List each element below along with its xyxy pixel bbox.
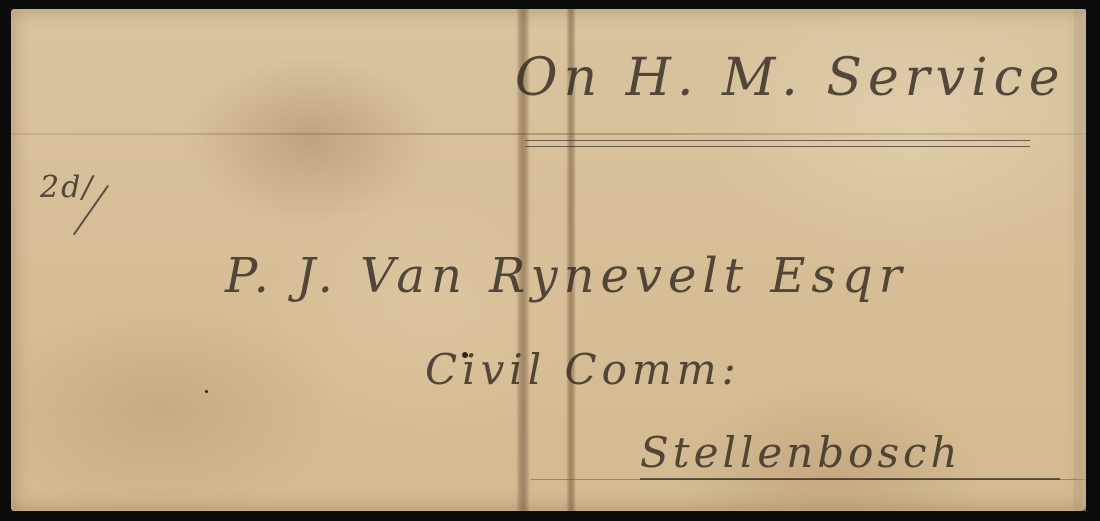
addressee-name: P. J. Van Rynevelt Esqr: [225, 248, 908, 304]
right-edge-flap: [1074, 9, 1086, 511]
ink-speck: [205, 390, 208, 393]
addressee-title: Civil Comm:: [425, 345, 741, 394]
service-endorsement: On H. M. Service: [515, 48, 1066, 108]
rate-marking: 2d/: [40, 170, 94, 205]
horizontal-fold: [11, 133, 1086, 135]
endorsement-underline: [525, 140, 1030, 147]
place-underline: [640, 478, 1060, 480]
ink-blot: [462, 352, 468, 358]
destination-place: Stellenbosch: [640, 428, 962, 477]
